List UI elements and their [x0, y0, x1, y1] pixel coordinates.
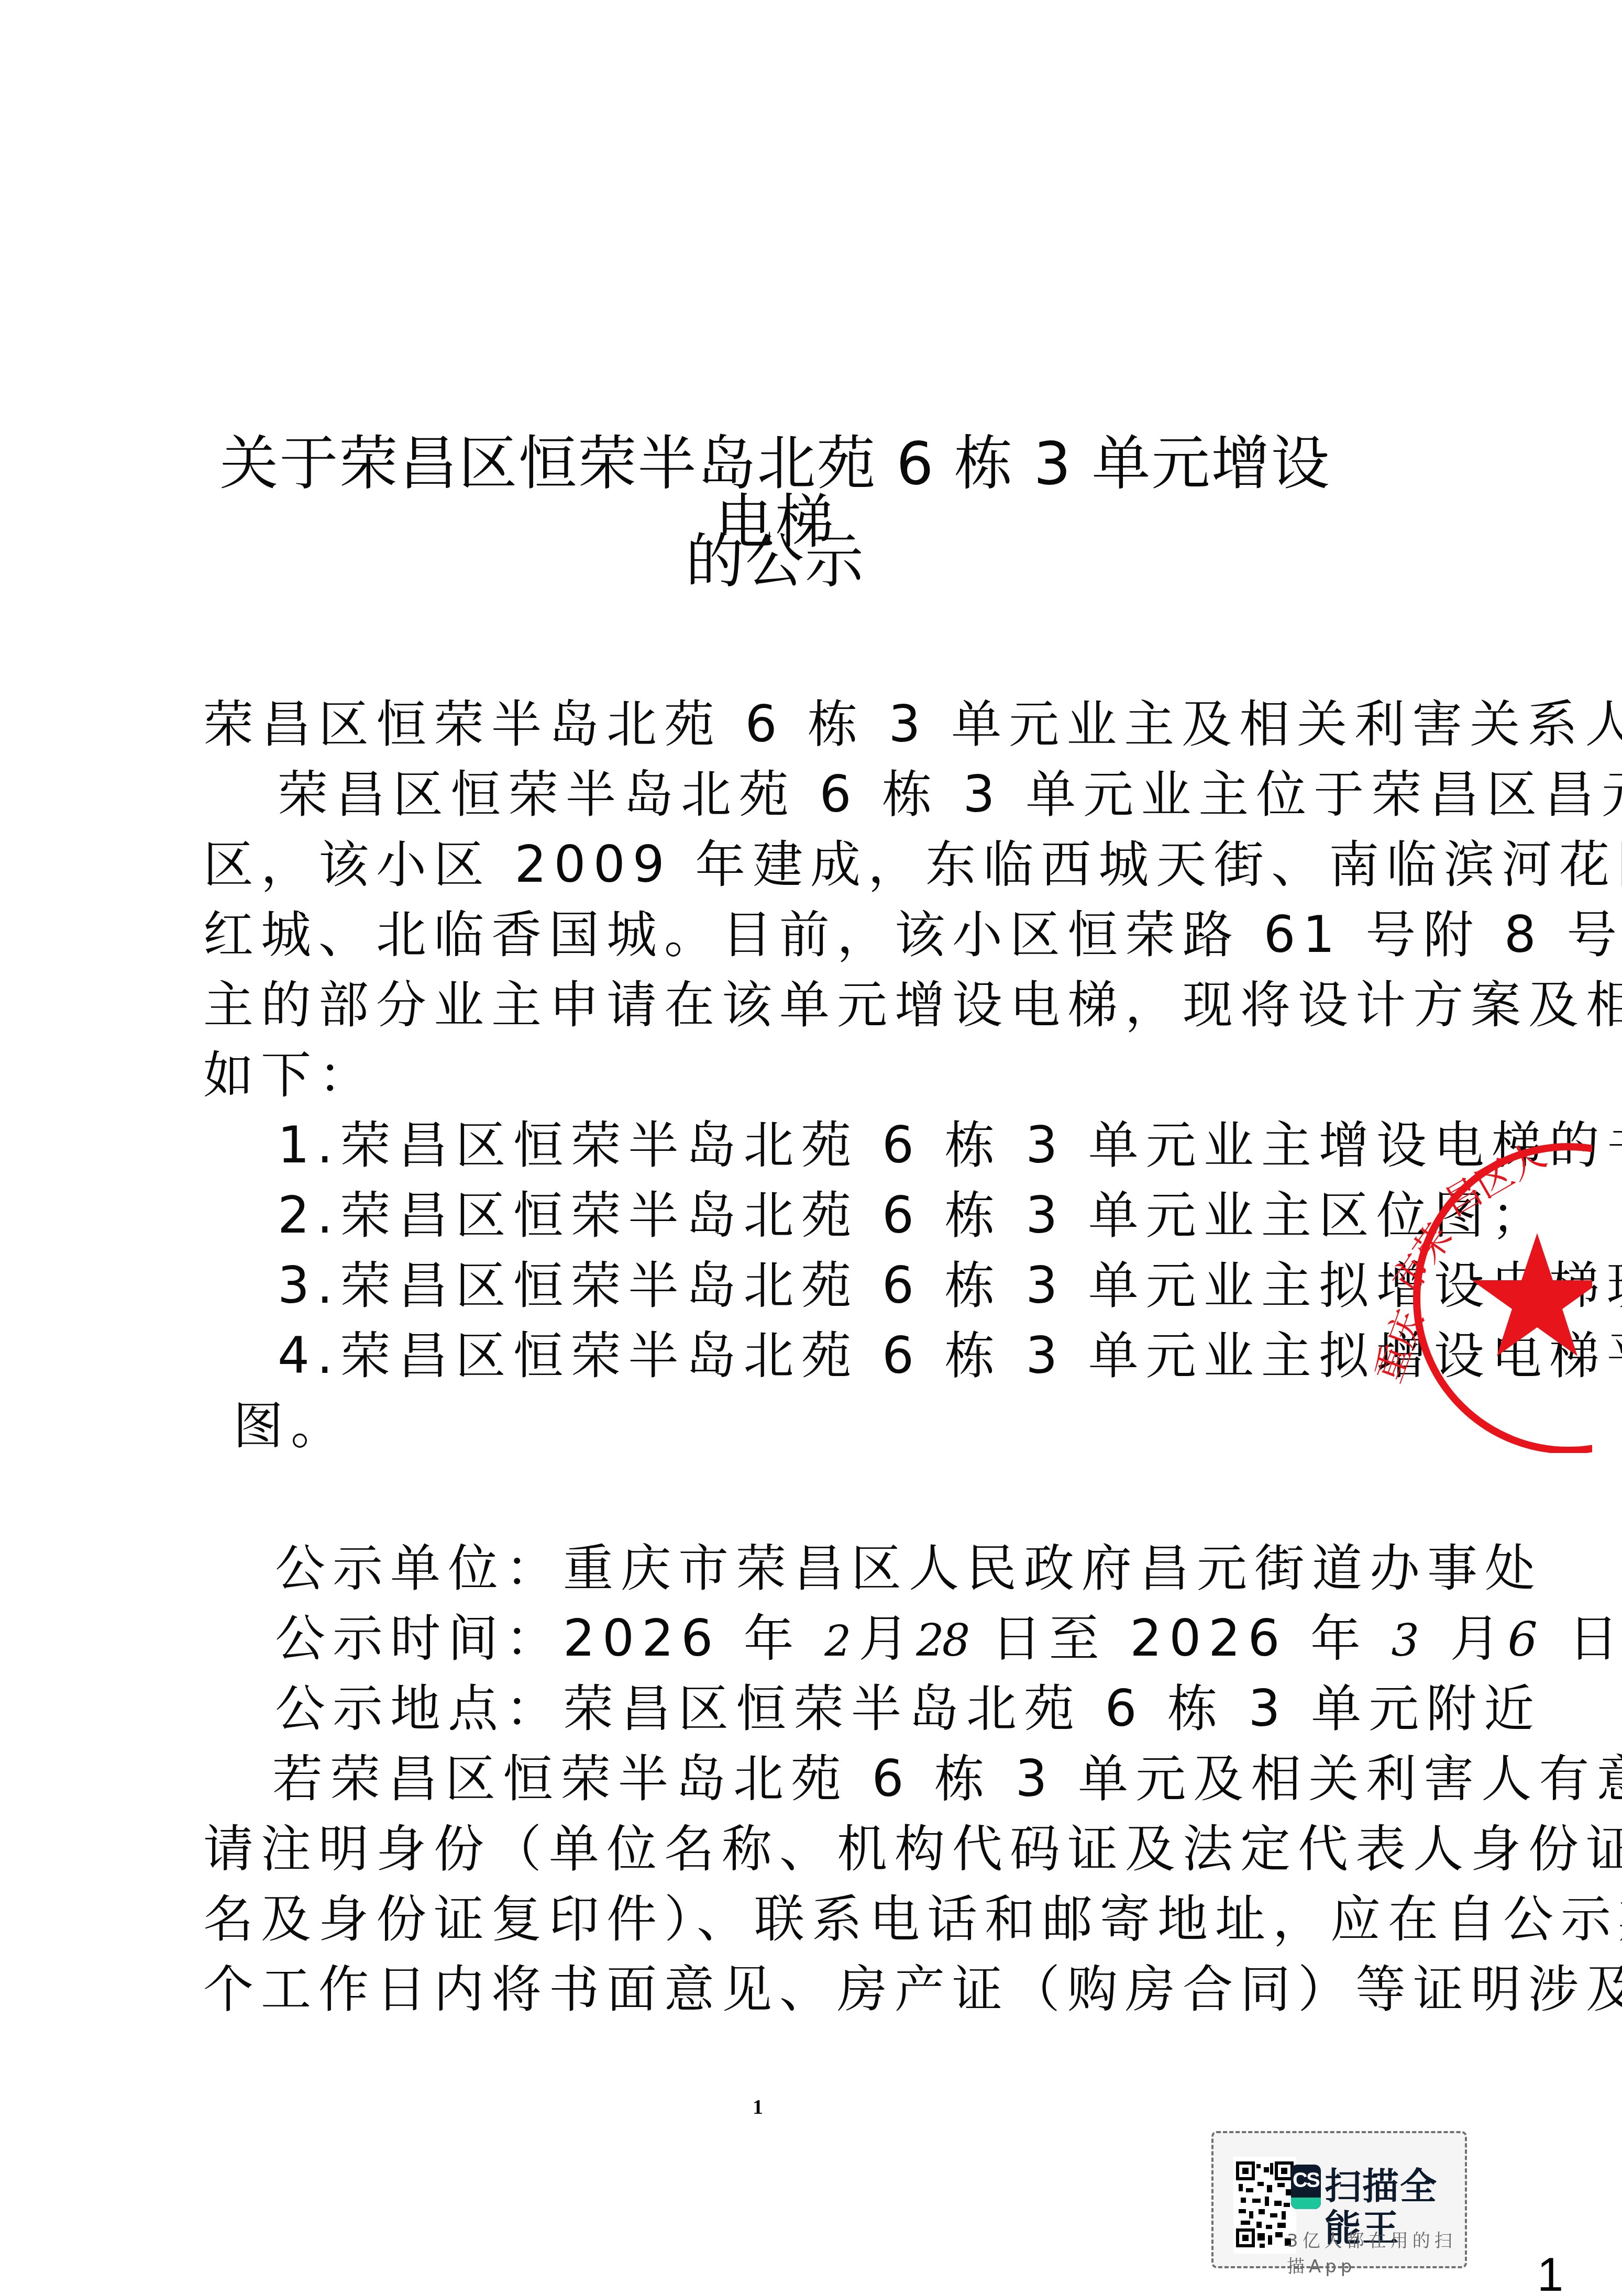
salutation: 荣昌区恒荣半岛北苑 6 栋 3 单元业主及相关利害关系人： [203, 698, 1622, 750]
day-to: 日至 2026 年 [991, 1609, 1368, 1668]
notice-place-value: 荣昌区恒荣半岛北苑 6 栋 3 单元附近 [563, 1679, 1541, 1738]
scanner-watermark-badge: CS 扫描全能王 3亿人都在用的扫描App [1211, 2131, 1467, 2268]
svg-text:市荣: 市荣 [1384, 1216, 1461, 1301]
scanner-tagline: 3亿人都在用的扫描App [1287, 2226, 1465, 2278]
notice-time-label: 公示时间： [275, 1609, 563, 1668]
list-item-2: 2.荣昌区恒荣半岛北苑 6 栋 3 单元业主区位图； [278, 1189, 1549, 1241]
intro-line-4: 主的部分业主申请在该单元增设电梯，现将设计方案及相关资料公示 [203, 979, 1622, 1031]
notice-place: 公示地点：荣昌区恒荣半岛北苑 6 栋 3 单元附近 [275, 1682, 1541, 1735]
start-year: 2026 年 [563, 1609, 801, 1668]
objection-line-3: 名及身份证复印件）、联系电话和邮寄地址，应在自公示期届满后 5 [203, 1893, 1622, 1945]
document-page: 关于荣昌区恒荣半岛北苑 6 栋 3 单元增设电梯 的公示 荣昌区恒荣半岛北苑 6… [0, 0, 1622, 2296]
notice-place-label: 公示地点： [275, 1679, 563, 1738]
logo-stripe [1291, 2198, 1321, 2209]
notice-time: 公示时间：2026 年 2月28 日至 2026 年 3 月6 日 [275, 1612, 1622, 1668]
intro-line-5: 如下： [203, 1049, 376, 1101]
notice-unit-label: 公示单位： [275, 1539, 563, 1598]
objection-line-1: 若荣昌区恒荣半岛北苑 6 栋 3 单元及相关利害人有意见和建议， [272, 1752, 1622, 1805]
handwritten-end-day: 6 [1507, 1612, 1544, 1667]
handwritten-start-day: 28 [916, 1615, 968, 1666]
handwritten-start-month: 2 [824, 1617, 858, 1666]
list-item-4-cont: 图。 [233, 1400, 348, 1452]
month-char-2: 月 [1450, 1609, 1507, 1668]
document-title-line-2: 的公示 [199, 533, 1351, 591]
intro-line-1: 荣昌区恒荣半岛北苑 6 栋 3 单元业主位于荣昌区昌元街道玉屏社 [278, 768, 1622, 820]
intro-line-2: 区，该小区 2009 年建成，东临西城天街、南临滨河花园、西临拓新 [203, 838, 1622, 891]
notice-unit: 公示单位：重庆市荣昌区人民政府昌元街道办事处 [275, 1542, 1542, 1594]
intro-line-3: 红城、北临香国城。目前，该小区恒荣路 61 号附 8 号 6 栋 3 单元业 [203, 908, 1622, 961]
month-char: 月 [858, 1609, 916, 1668]
camscanner-logo-icon: CS [1291, 2165, 1321, 2209]
notice-unit-value: 重庆市荣昌区人民政府昌元街道办事处 [563, 1539, 1542, 1598]
handwritten-end-month: 3 [1392, 1615, 1427, 1666]
page-number: 1 [753, 2094, 763, 2119]
objection-line-4: 个工作日内将书面意见、房产证（购房合同）等证明涉及其利害关系 [203, 1963, 1622, 2015]
day-char: 日 [1568, 1609, 1622, 1668]
logo-text: CS [1293, 2169, 1319, 2192]
svg-text:昌区人: 昌区人 [1437, 1139, 1553, 1225]
objection-line-2: 请注明身份（单位名称、机构代码证及法定代表人身份证明 / 个人姓 [203, 1823, 1622, 1875]
seal-star-icon [1472, 1233, 1592, 1356]
scanner-page-index: 1 [1537, 2251, 1563, 2296]
official-seal-stamp: 重庆 市荣 昌区人 [1362, 1139, 1592, 1453]
